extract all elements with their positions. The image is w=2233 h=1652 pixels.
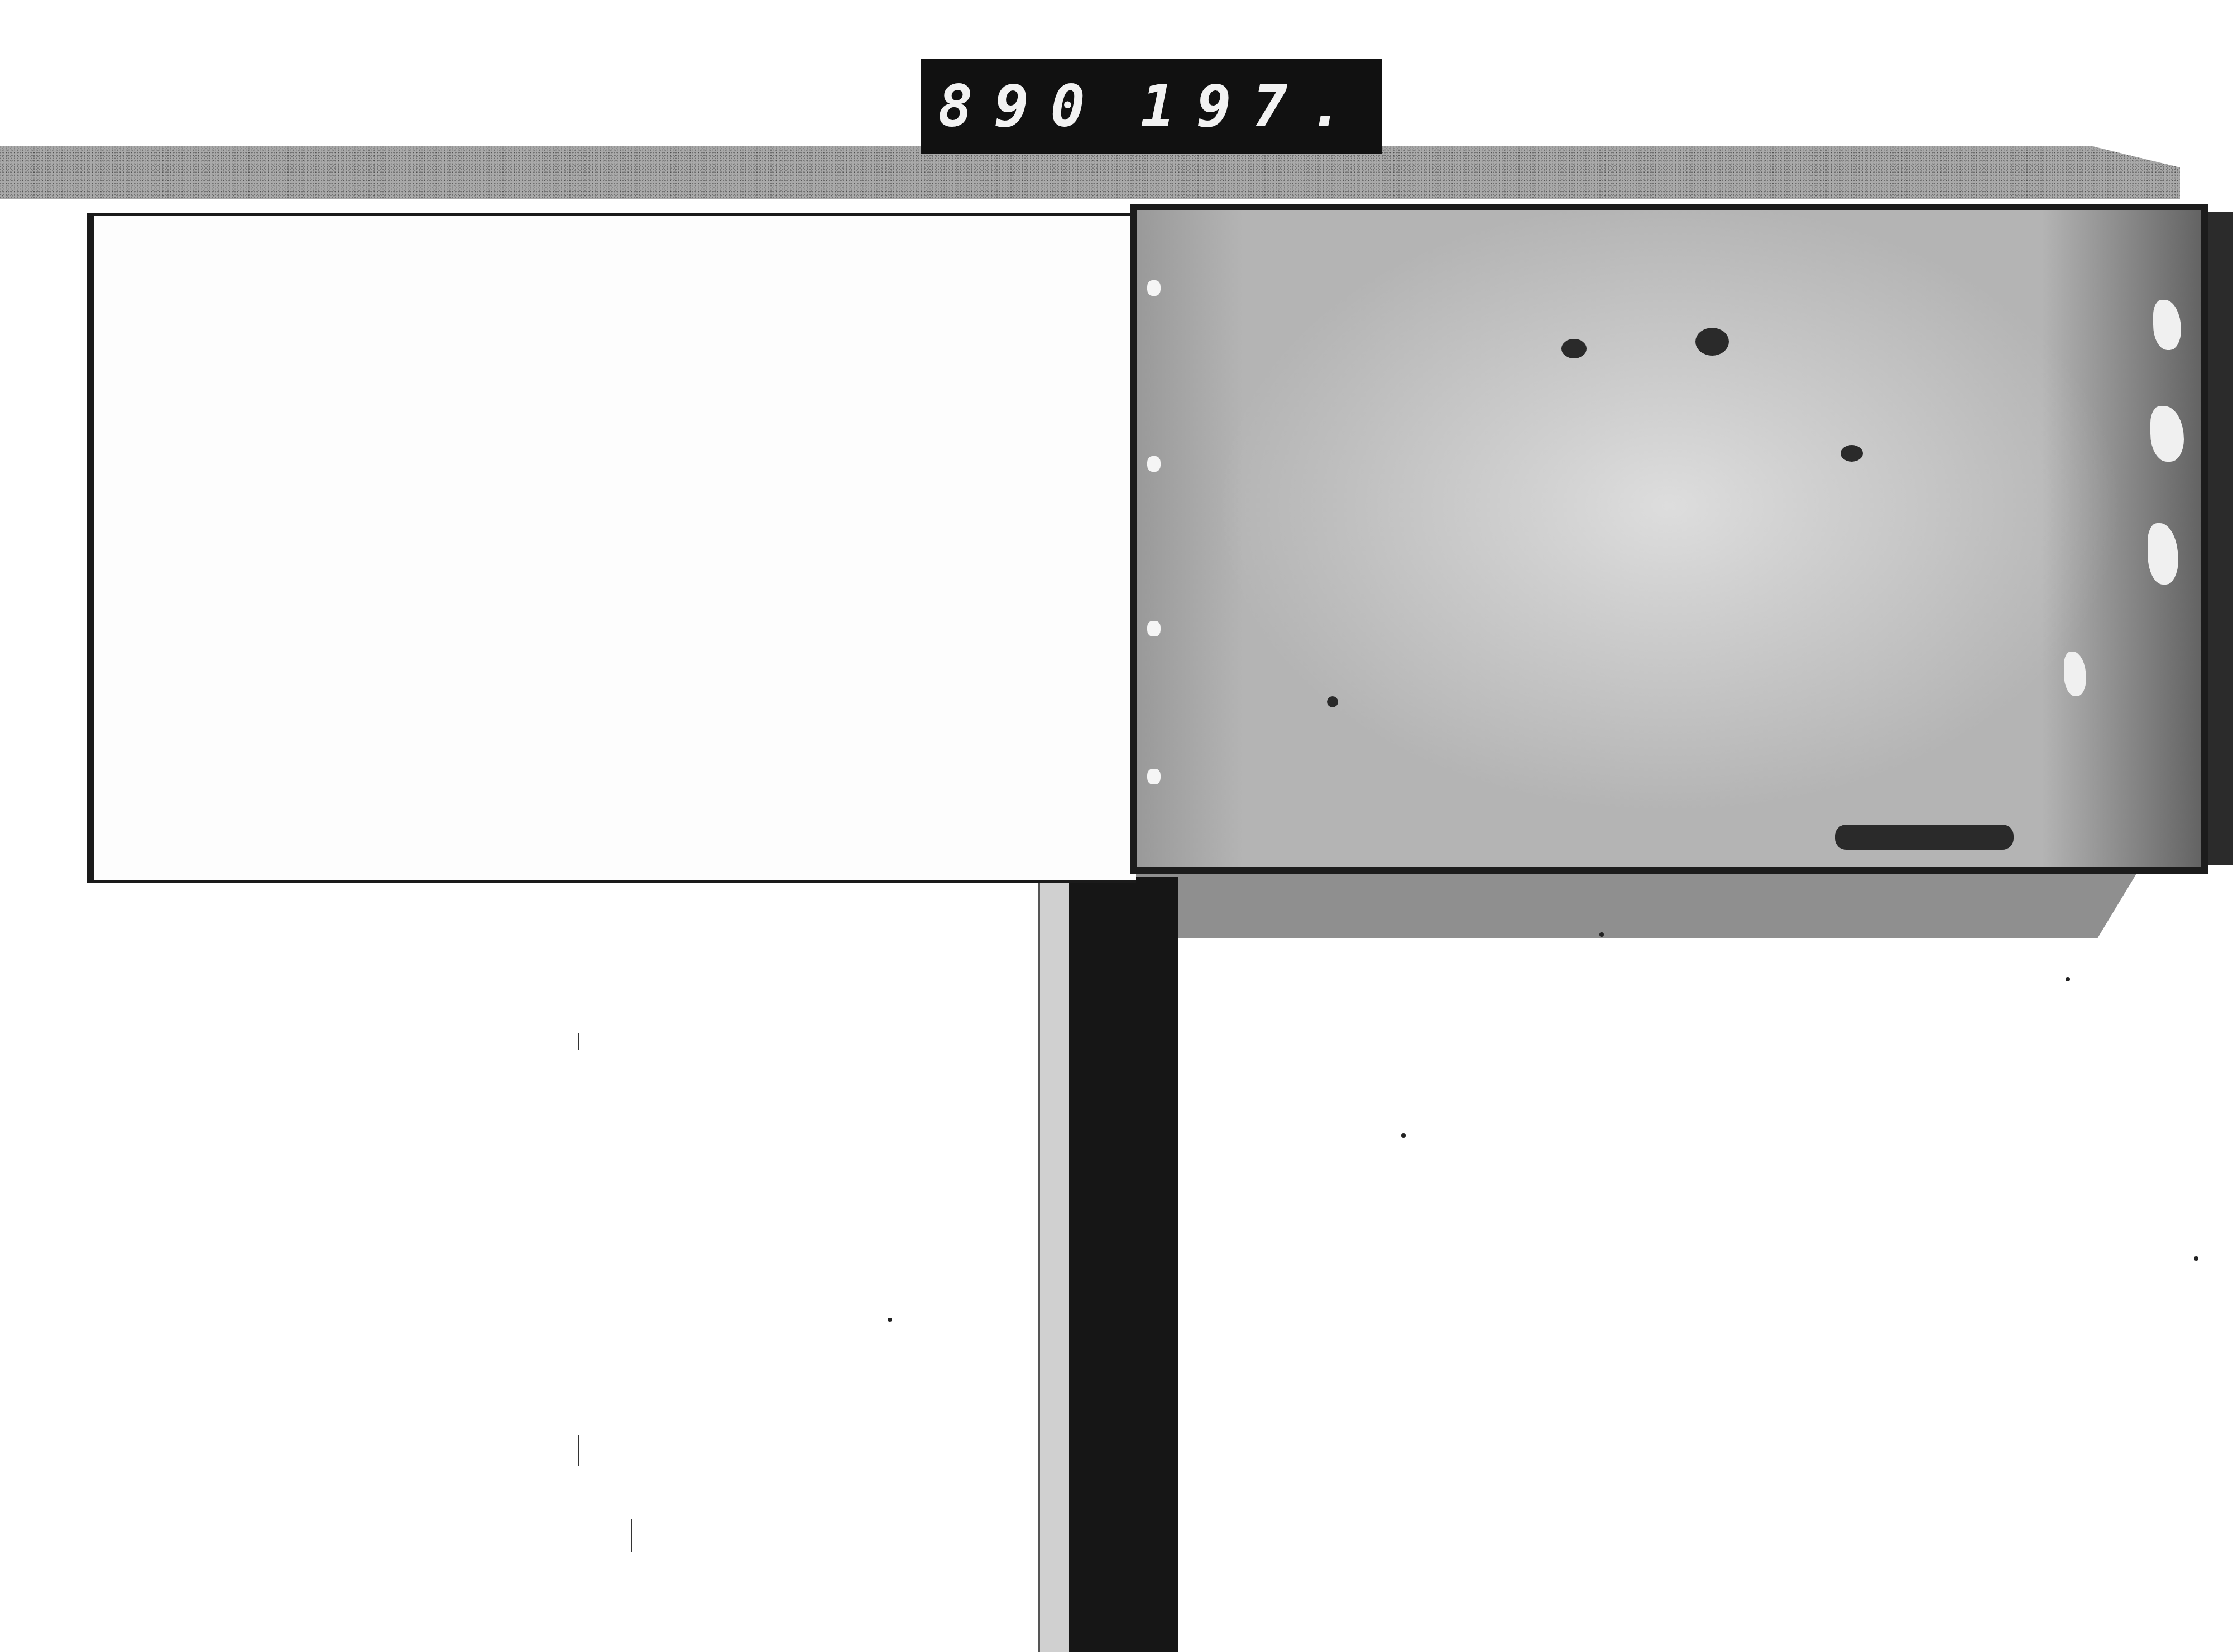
stained-card: [1130, 204, 2208, 874]
stained-card-surface: [1137, 210, 2201, 867]
dust-speck: [888, 1318, 892, 1322]
stain-mark: [1841, 445, 1863, 462]
right-edge-strip: [2208, 212, 2233, 865]
card-shadow: [1128, 871, 2138, 938]
dust-speck: [2066, 977, 2070, 981]
binding-spine: [1069, 877, 1178, 1652]
frame-label-right-number: 197.: [1141, 77, 1365, 135]
blank-card: [87, 213, 1136, 883]
frame-label: 890 197.: [921, 59, 1382, 154]
spine-edge: [1038, 877, 1074, 1652]
staple-hole: [1147, 769, 1161, 784]
staple-hole: [1147, 621, 1161, 636]
stain-mark: [1695, 328, 1729, 356]
dust-speck: [1401, 1133, 1406, 1138]
dust-speck: [2194, 1256, 2198, 1261]
stain-mark: [1835, 825, 2014, 850]
scratch-mark: [631, 1519, 632, 1552]
dust-speck: [1599, 932, 1604, 937]
staple-hole: [1147, 280, 1161, 296]
scratch-mark: [578, 1435, 579, 1466]
stain-mark: [1561, 339, 1587, 358]
frame-label-left-number: 890: [938, 77, 1106, 135]
staple-hole: [1147, 456, 1161, 472]
top-band: [0, 146, 2180, 199]
scratch-mark: [578, 1033, 579, 1050]
stain-mark: [1327, 696, 1338, 707]
